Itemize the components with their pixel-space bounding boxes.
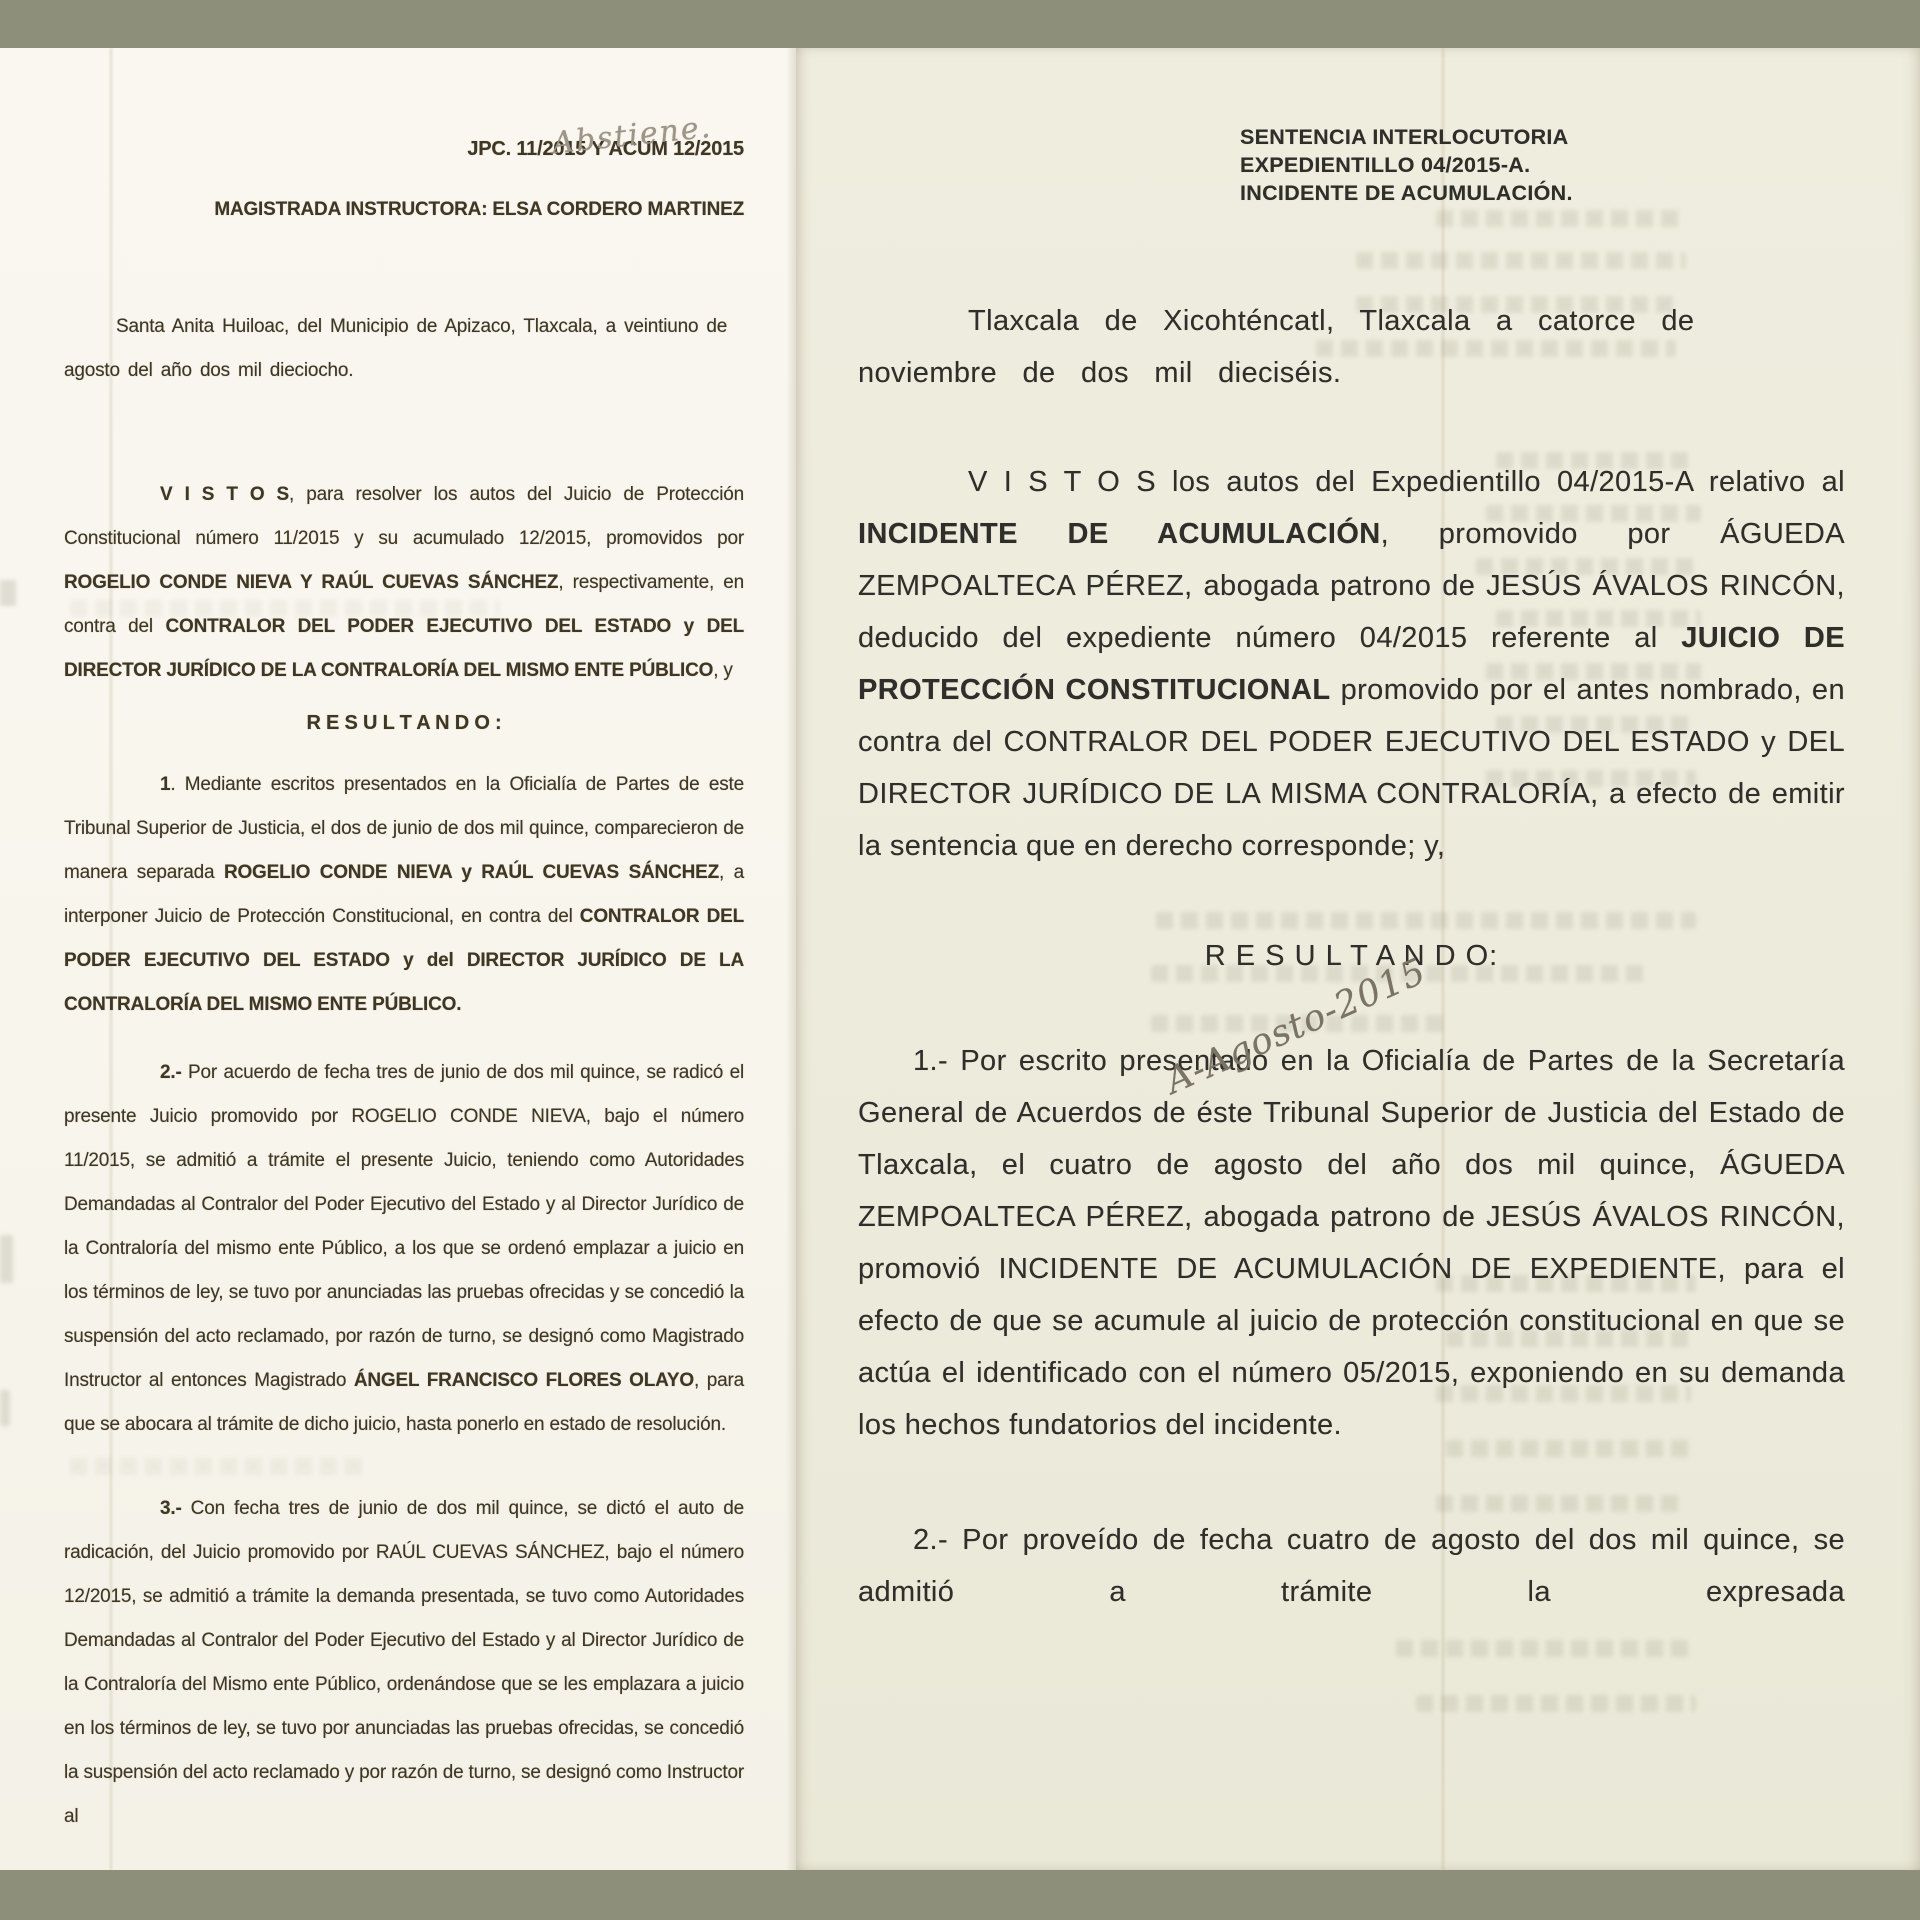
resultando-point-3: 3.- Con fecha tres de junio de dos mil q… [64, 1487, 744, 1839]
resultando-point-2: 2.- Por proveído de fecha cuatro de agos… [858, 1514, 1845, 1618]
scan-edge-mark [0, 580, 16, 606]
right-page: A-Agosto-2015 SENTENCIA INTERLOCUTORIA E… [796, 48, 1920, 1870]
vistos-paragraph: V I S T O S, para resolver los autos del… [64, 473, 744, 693]
bleedthrough-ghost-text [1396, 1640, 1696, 1657]
magistrate-instructor-line: MAGISTRADA INSTRUCTORA: ELSA CORDERO MAR… [64, 199, 744, 221]
left-page: Abstiene. JPC. 11/2015 Y ACUM 12/2015 MA… [0, 48, 796, 1870]
resultando-point-1: 1.- Por escrito presentado en la Oficial… [858, 1035, 1845, 1451]
scanner-background-top [0, 0, 1920, 48]
scanner-background-bottom [0, 1870, 1920, 1920]
bleedthrough-ghost-text [1416, 1695, 1696, 1712]
vistos-paragraph: V I S T O S los autos del Expedientillo … [858, 456, 1845, 872]
resultando-heading: R E S U L T A N D O : [64, 701, 744, 745]
scanned-court-document: Abstiene. JPC. 11/2015 Y ACUM 12/2015 MA… [0, 0, 1920, 1920]
resultando-point-2: 2.- Por acuerdo de fecha tres de junio d… [64, 1051, 744, 1447]
sentencia-header-block: SENTENCIA INTERLOCUTORIA EXPEDIENTILLO 0… [1240, 123, 1845, 207]
resultando-point-1: 1. Mediante escritos presentados en la O… [64, 763, 744, 1027]
scan-edge-mark [0, 1235, 13, 1283]
dateline-paragraph: Tlaxcala de Xicohténcatl, Tlaxcala a cat… [858, 295, 1845, 399]
dateline-paragraph: Santa Anita Huiloac, del Municipio de Ap… [64, 305, 744, 393]
scan-edge-mark [0, 1390, 10, 1426]
resultando-heading: R E S U L T A N D O: [858, 930, 1845, 982]
